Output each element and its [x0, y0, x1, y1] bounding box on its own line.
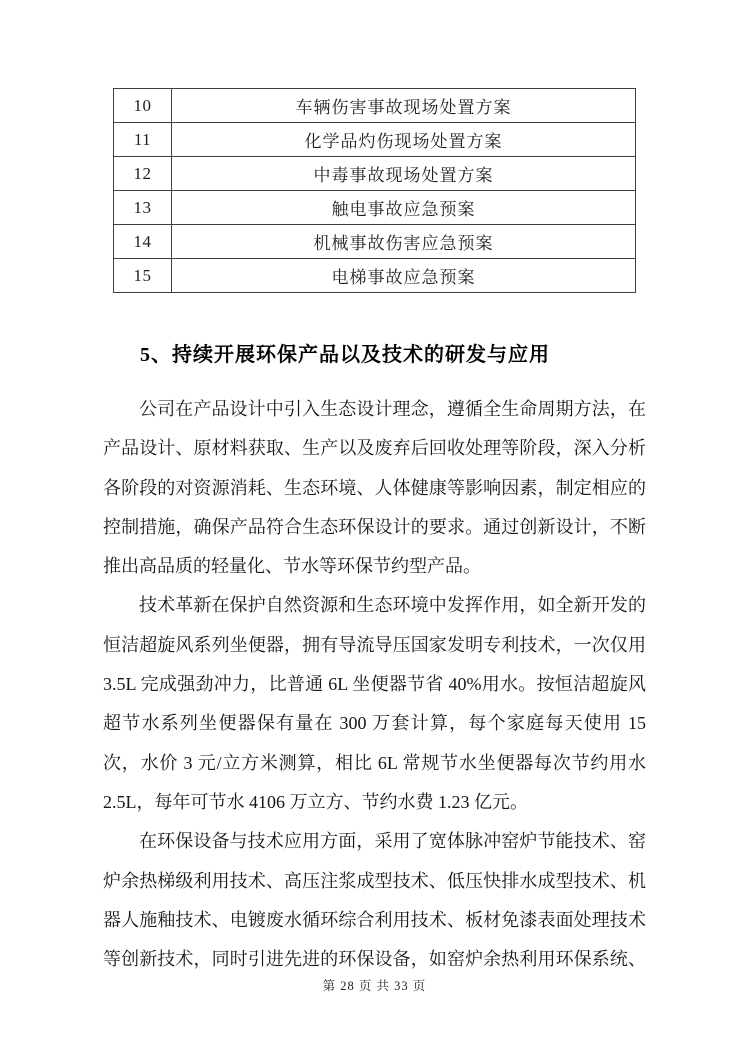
- text-line: 等创新技术，同时引进先进的环保设备，如窑炉余热利用环保系统、: [103, 940, 646, 979]
- row-number-cell: 10: [114, 89, 172, 123]
- row-title-cell: 中毒事故现场处置方案: [172, 157, 636, 191]
- text-line: 次，水价 3 元/立方米测算，相比 6L 常规节水坐便器每次节约用水: [103, 744, 646, 783]
- document-page: 10 车辆伤害事故现场处置方案 11 化学品灼伤现场处置方案 12 中毒事故现场…: [0, 0, 749, 1059]
- row-number-cell: 14: [114, 225, 172, 259]
- emergency-plan-table: 10 车辆伤害事故现场处置方案 11 化学品灼伤现场处置方案 12 中毒事故现场…: [113, 88, 636, 293]
- table-row: 11 化学品灼伤现场处置方案: [114, 123, 636, 157]
- paragraph: 公司在产品设计中引入生态设计理念，遵循全生命周期方法，在 产品设计、原材料获取、…: [103, 390, 646, 586]
- paragraph: 技术革新在保护自然资源和生态环境中发挥作用，如全新开发的 恒洁超旋风系列坐便器，…: [103, 586, 646, 822]
- text-line: 公司在产品设计中引入生态设计理念，遵循全生命周期方法，在: [103, 390, 646, 429]
- table-row: 12 中毒事故现场处置方案: [114, 157, 636, 191]
- paragraph: 在环保设备与技术应用方面，采用了宽体脉冲窑炉节能技术、窑 炉余热梯级利用技术、高…: [103, 822, 646, 979]
- text-line: 超节水系列坐便器保有量在 300 万套计算，每个家庭每天使用 15: [103, 704, 646, 743]
- page-footer: 第 28 页 共 33 页: [0, 976, 749, 994]
- row-number-cell: 15: [114, 259, 172, 293]
- section-heading: 5、持续开展环保产品以及技术的研发与应用: [140, 338, 550, 367]
- row-number-cell: 13: [114, 191, 172, 225]
- row-title-cell: 车辆伤害事故现场处置方案: [172, 89, 636, 123]
- text-line: 器人施釉技术、电镀废水循环综合利用技术、板材免漆表面处理技术: [103, 901, 646, 940]
- table-row: 15 电梯事故应急预案: [114, 259, 636, 293]
- row-title-cell: 化学品灼伤现场处置方案: [172, 123, 636, 157]
- text-line: 3.5L 完成强劲冲力，比普通 6L 坐便器节省 40%用水。按恒洁超旋风: [103, 665, 646, 704]
- row-title-cell: 触电事故应急预案: [172, 191, 636, 225]
- row-title-cell: 机械事故伤害应急预案: [172, 225, 636, 259]
- body-text: 公司在产品设计中引入生态设计理念，遵循全生命周期方法，在 产品设计、原材料获取、…: [103, 390, 646, 979]
- row-number-cell: 11: [114, 123, 172, 157]
- text-line: 技术革新在保护自然资源和生态环境中发挥作用，如全新开发的: [103, 586, 646, 625]
- table-row: 13 触电事故应急预案: [114, 191, 636, 225]
- row-number-cell: 12: [114, 157, 172, 191]
- text-line: 在环保设备与技术应用方面，采用了宽体脉冲窑炉节能技术、窑: [103, 822, 646, 861]
- text-line: 推出高品质的轻量化、节水等环保节约型产品。: [103, 547, 646, 586]
- table-row: 10 车辆伤害事故现场处置方案: [114, 89, 636, 123]
- text-line: 产品设计、原材料获取、生产以及废弃后回收处理等阶段，深入分析: [103, 429, 646, 468]
- text-line: 2.5L，每年可节水 4106 万立方、节约水费 1.23 亿元。: [103, 783, 646, 822]
- text-line: 各阶段的对资源消耗、生态环境、人体健康等影响因素，制定相应的: [103, 469, 646, 508]
- table-row: 14 机械事故伤害应急预案: [114, 225, 636, 259]
- text-line: 恒洁超旋风系列坐便器，拥有导流导压国家发明专利技术，一次仅用: [103, 626, 646, 665]
- text-line: 控制措施，确保产品符合生态环保设计的要求。通过创新设计，不断: [103, 508, 646, 547]
- text-line: 炉余热梯级利用技术、高压注浆成型技术、低压快排水成型技术、机: [103, 862, 646, 901]
- row-title-cell: 电梯事故应急预案: [172, 259, 636, 293]
